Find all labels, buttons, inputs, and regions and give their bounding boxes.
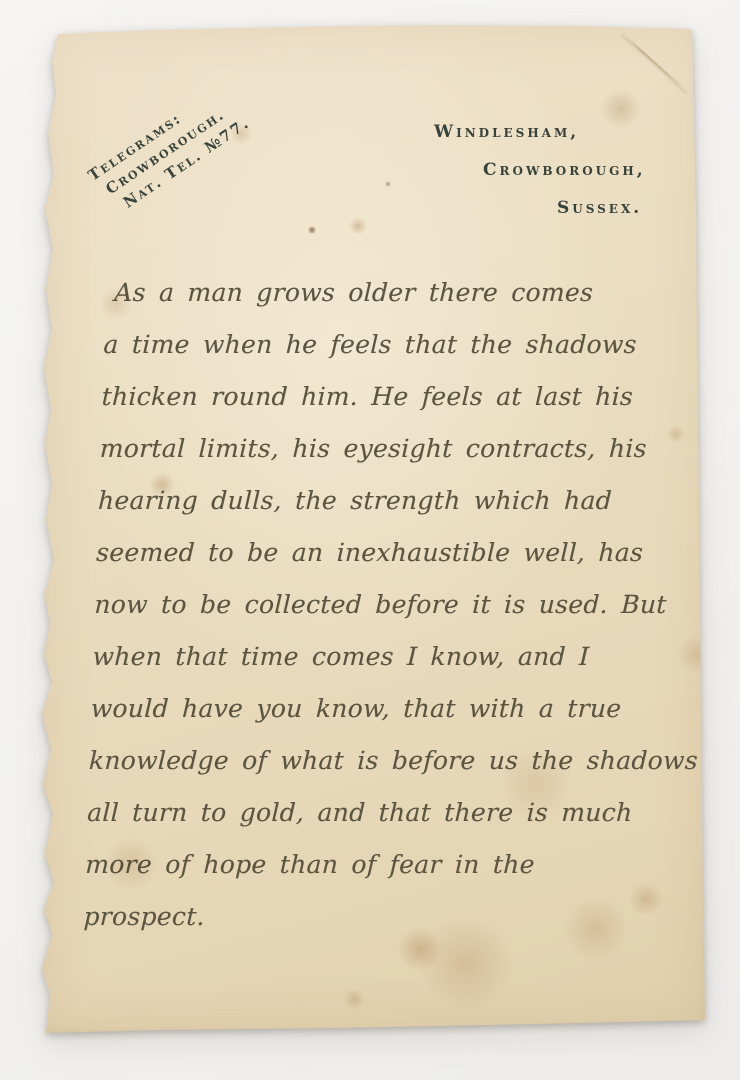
handwritten-line: now to be collected before it is used. B… bbox=[93, 590, 681, 642]
letterhead-address-block: Windlesham, Crowborough, Sussex. bbox=[434, 113, 646, 227]
handwritten-line: more of hope than of fear in the bbox=[84, 850, 672, 902]
letterhead-telegrams-block: Telegrams: Crowborough. Nat. Tel. №77. bbox=[84, 78, 254, 221]
address-line-sussex: Sussex. bbox=[557, 189, 646, 227]
crease-mark bbox=[622, 33, 687, 92]
handwritten-line: hearing dulls, the strength which had bbox=[97, 486, 685, 538]
handwritten-line: all turn to gold, and that there is much bbox=[86, 798, 674, 850]
letter-paper-wrapper: Telegrams: Crowborough. Nat. Tel. №77. W… bbox=[36, 14, 710, 1036]
handwritten-line: seemed to be an inexhaustible well, has bbox=[95, 538, 683, 590]
handwritten-line: As a man grows older there comes bbox=[104, 278, 692, 330]
address-line-windlesham: Windlesham, bbox=[434, 113, 646, 151]
scan-background: Telegrams: Crowborough. Nat. Tel. №77. W… bbox=[0, 0, 740, 1080]
handwritten-line: a time when he feels that the shadows bbox=[102, 330, 690, 382]
address-line-crowborough: Crowborough, bbox=[483, 151, 646, 189]
handwritten-line: when that time comes I know, and I bbox=[91, 642, 679, 694]
handwritten-line: thicken round him. He feels at last his bbox=[100, 382, 688, 434]
handwritten-body: As a man grows older there comes a time … bbox=[82, 278, 692, 954]
handwritten-line: would have you know, that with a true bbox=[89, 694, 677, 746]
letter-paper: Telegrams: Crowborough. Nat. Tel. №77. W… bbox=[36, 14, 710, 1036]
handwritten-line: knowledge of what is before us the shado… bbox=[88, 746, 676, 798]
handwritten-line: prospect. bbox=[82, 902, 670, 954]
handwritten-line: mortal limits, his eyesight contracts, h… bbox=[99, 434, 687, 486]
